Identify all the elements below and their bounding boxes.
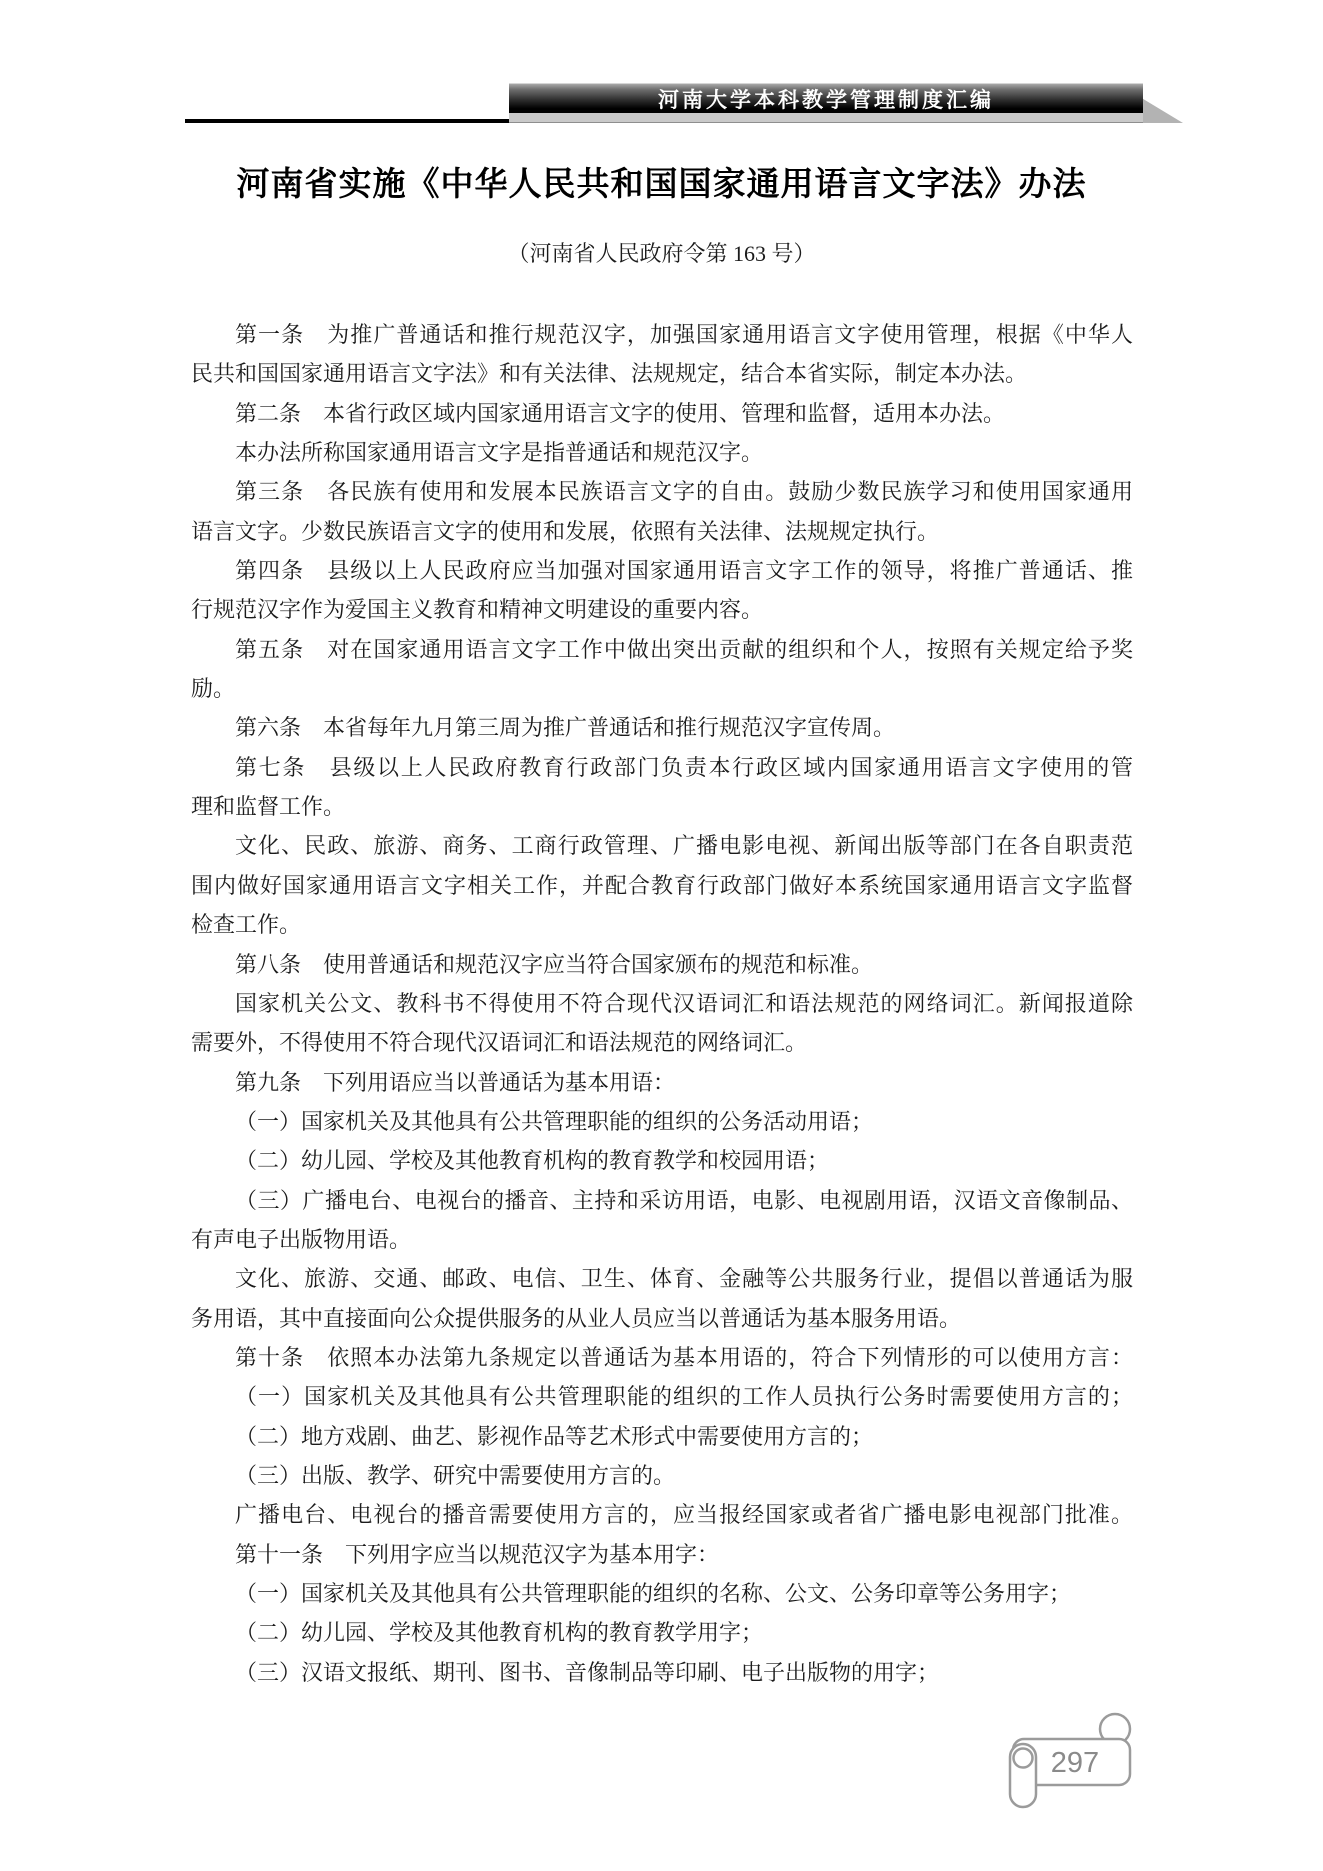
body-line: 第八条 使用普通话和规范汉字应当符合国家颁布的规范和标准。 bbox=[191, 945, 1133, 984]
body-line: 务用语，其中直接面向公众提供服务的从业人员应当以普通话为基本服务用语。 bbox=[191, 1299, 1133, 1338]
page-number: 297 bbox=[1051, 1747, 1099, 1779]
body-line: 文化、旅游、交通、邮政、电信、卫生、体育、金融等公共服务行业，提倡以普通话为服 bbox=[191, 1259, 1133, 1298]
body-line: （二）幼儿园、学校及其他教育机构的教育教学和校园用语； bbox=[191, 1141, 1133, 1180]
body-line: 检查工作。 bbox=[191, 905, 1133, 944]
body-line: （二）幼儿园、学校及其他教育机构的教育教学用字； bbox=[191, 1613, 1133, 1652]
body-line: （一）国家机关及其他具有公共管理职能的组织的名称、公文、公务印章等公务用字； bbox=[191, 1574, 1133, 1613]
body-line: 国家机关公文、教科书不得使用不符合现代汉语词汇和语法规范的网络词汇。新闻报道除 bbox=[191, 984, 1133, 1023]
body-line: 有声电子出版物用语。 bbox=[191, 1220, 1133, 1259]
header-banner: 河南大学本科教学管理制度汇编 bbox=[509, 83, 1143, 114]
body-line: 语言文字。少数民族语言文字的使用和发展，依照有关法律、法规规定执行。 bbox=[191, 512, 1133, 551]
body-line: （一）国家机关及其他具有公共管理职能的组织的公务活动用语； bbox=[191, 1102, 1133, 1141]
header-banner-base bbox=[509, 113, 1143, 123]
body-line: 第一条 为推广普通话和推行规范汉字，加强国家通用语言文字使用管理，根据《中华人 bbox=[191, 315, 1133, 354]
body-line: （三）汉语文报纸、期刊、图书、音像制品等印刷、电子出版物的用字； bbox=[191, 1653, 1133, 1692]
header-banner-title: 河南大学本科教学管理制度汇编 bbox=[658, 84, 994, 114]
body-line: 需要外，不得使用不符合现代汉语词汇和语法规范的网络词汇。 bbox=[191, 1023, 1133, 1062]
scroll-roll-end-icon bbox=[1014, 1749, 1033, 1768]
body-line: （三）出版、教学、研究中需要使用方言的。 bbox=[191, 1456, 1133, 1495]
body-line: 围内做好国家通用语言文字相关工作，并配合教育行政部门做好本系统国家通用语言文字监… bbox=[191, 866, 1133, 905]
body-line: 本办法所称国家通用语言文字是指普通话和规范汉字。 bbox=[191, 433, 1133, 472]
body-line: 第十条 依照本办法第九条规定以普通话为基本用语的，符合下列情形的可以使用方言： bbox=[191, 1338, 1133, 1377]
body-line: 民共和国国家通用语言文字法》和有关法律、法规规定，结合本省实际，制定本办法。 bbox=[191, 354, 1133, 393]
body-line: 广播电台、电视台的播音需要使用方言的，应当报经国家或者省广播电影电视部门批准。 bbox=[191, 1495, 1133, 1534]
body-line: 行规范汉字作为爱国主义教育和精神文明建设的重要内容。 bbox=[191, 590, 1133, 629]
body-line: 第六条 本省每年九月第三周为推广普通话和推行规范汉字宣传周。 bbox=[191, 708, 1133, 747]
document-subtitle: （河南省人民政府令第 163 号） bbox=[0, 240, 1323, 268]
body-line: （二）地方戏剧、曲艺、影视作品等艺术形式中需要使用方言的； bbox=[191, 1417, 1133, 1456]
body-line: 励。 bbox=[191, 669, 1133, 708]
header-banner-arrow-icon bbox=[1143, 92, 1183, 123]
body-line: 第七条 县级以上人民政府教育行政部门负责本行政区域内国家通用语言文字使用的管 bbox=[191, 748, 1133, 787]
page-number-scroll-icon: 297 bbox=[1005, 1712, 1137, 1812]
body-line: （三）广播电台、电视台的播音、主持和采访用语，电影、电视剧用语，汉语文音像制品、 bbox=[191, 1181, 1133, 1220]
body-line: （一）国家机关及其他具有公共管理职能的组织的工作人员执行公务时需要使用方言的； bbox=[191, 1377, 1133, 1416]
body-line: 第十一条 下列用字应当以规范汉字为基本用字： bbox=[191, 1535, 1133, 1574]
body-line: 第五条 对在国家通用语言文字工作中做出突出贡献的组织和个人，按照有关规定给予奖 bbox=[191, 630, 1133, 669]
body-line: 理和监督工作。 bbox=[191, 787, 1133, 826]
document-body: 第一条 为推广普通话和推行规范汉字，加强国家通用语言文字使用管理，根据《中华人民… bbox=[191, 315, 1133, 1692]
body-line: 文化、民政、旅游、商务、工商行政管理、广播电影电视、新闻出版等部门在各自职责范 bbox=[191, 826, 1133, 865]
body-line: 第二条 本省行政区域内国家通用语言文字的使用、管理和监督，适用本办法。 bbox=[191, 394, 1133, 433]
body-line: 第三条 各民族有使用和发展本民族语言文字的自由。鼓励少数民族学习和使用国家通用 bbox=[191, 472, 1133, 511]
header-rule bbox=[185, 119, 511, 123]
body-line: 第九条 下列用语应当以普通话为基本用语： bbox=[191, 1063, 1133, 1102]
page-title: 河南省实施《中华人民共和国国家通用语言文字法》办法 bbox=[0, 162, 1323, 206]
body-line: 第四条 县级以上人民政府应当加强对国家通用语言文字工作的领导，将推广普通话、推 bbox=[191, 551, 1133, 590]
